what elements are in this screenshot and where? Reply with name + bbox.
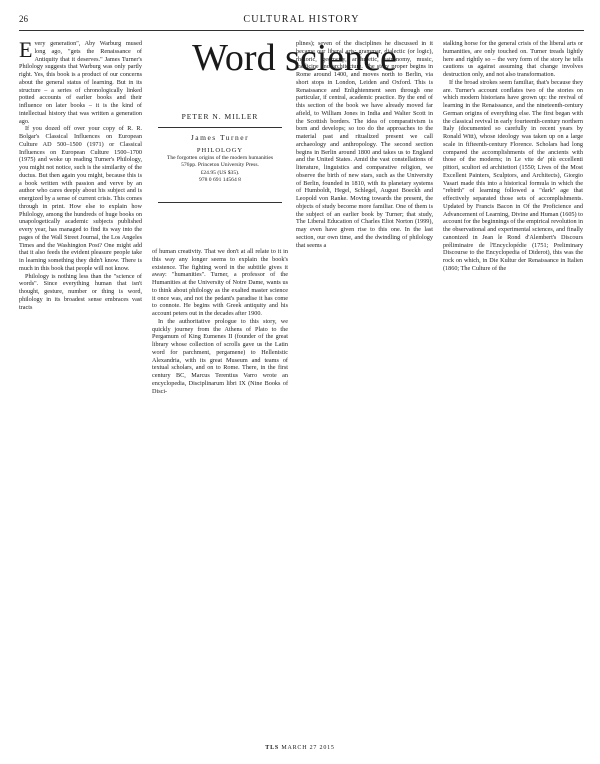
issue-date: MARCH 27 2015: [281, 745, 334, 751]
section-title: CULTURAL HISTORY: [19, 14, 584, 25]
paragraph: If you dozed off over your copy of R. R.…: [19, 125, 142, 272]
review-box: James Turner PHILOLOGY The forgotten ori…: [152, 133, 288, 185]
article-column-4: stalking horse for the general crisis of…: [443, 40, 583, 273]
book-author: James Turner: [152, 133, 288, 142]
review-box-bottom-rule: [158, 202, 282, 203]
book-title: PHILOLOGY: [152, 147, 288, 155]
paragraph: plines); seven of the disciplines he dis…: [296, 40, 433, 249]
book-price: £24.95 (US $35).: [152, 170, 288, 178]
publication-name: TLS: [265, 745, 279, 751]
paragraph: In the authoritative prologue to this st…: [152, 318, 288, 396]
article-column-2: of human creativity. That we don't at al…: [152, 248, 288, 395]
paragraph: stalking horse for the general crisis of…: [443, 40, 583, 79]
dropcap: E: [19, 41, 32, 59]
book-publication: 576pp. Princeton University Press.: [152, 162, 288, 170]
header-rule: [19, 30, 584, 31]
paragraph: Every generation", Aby Warburg mused lon…: [19, 40, 142, 125]
book-subtitle: The forgotten origins of the modern huma…: [152, 155, 288, 163]
review-box-top-rule: [158, 127, 282, 128]
byline: PETER N. MILLER: [152, 112, 288, 121]
page-header: 26 CULTURAL HISTORY: [19, 14, 584, 28]
article-column-3: plines); seven of the disciplines he dis…: [296, 40, 433, 249]
paragraph: Philology is nothing less than the "scie…: [19, 273, 142, 312]
book-isbn: 978 0 691 14564 8: [152, 177, 288, 185]
paragraph: of human creativity. That we don't at al…: [152, 248, 288, 318]
paragraph: If the broad strokes seem familiar, that…: [443, 79, 583, 273]
article-column-1: Every generation", Aby Warburg mused lon…: [19, 40, 142, 311]
page-footer: TLS MARCH 27 2015: [0, 745, 600, 751]
